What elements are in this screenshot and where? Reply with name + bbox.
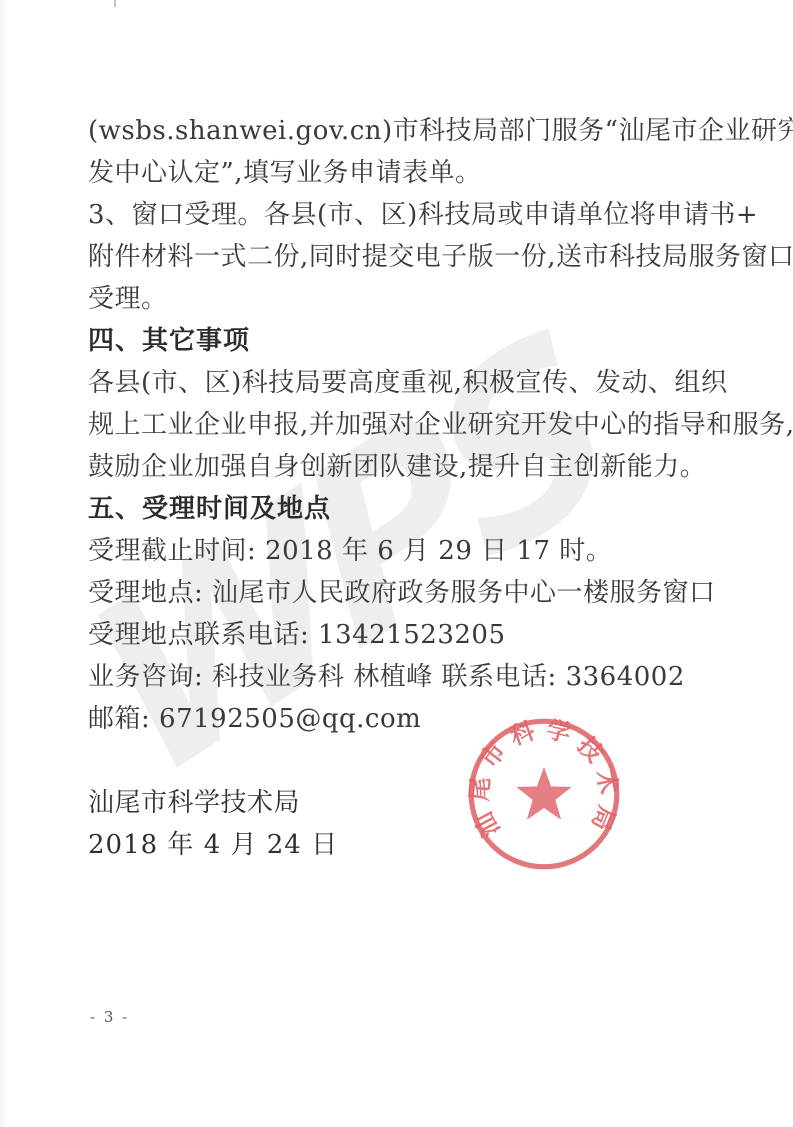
location-phone-line: 受理地点联系电话: 13421523205 <box>88 614 710 656</box>
page-number: - 3 - <box>90 1008 129 1026</box>
spacer <box>88 740 710 782</box>
signature-organization: 汕尾市科学技术局 <box>88 782 710 824</box>
body-line: 附件材料一式二份,同时提交电子版一份,送市科技局服务窗口 <box>88 236 710 278</box>
signature-date: 2018 年 4 月 24 日 <box>88 824 710 866</box>
body-line: 3、窗口受理。各县(市、区)科技局或申请单位将申请书+ <box>88 194 710 236</box>
body-line: 鼓励企业加强自身创新团队建设,提升自主创新能力。 <box>88 446 710 488</box>
scan-artifact <box>114 0 116 7</box>
section-heading-4: 四、其它事项 <box>88 320 710 362</box>
document-page: WPS 汕尾市科学技术局 (wsbs.shanwei.gov.cn)市科技局部门… <box>0 0 793 1127</box>
body-line: 发中心认定”,填写业务申请表单。 <box>88 152 710 194</box>
deadline-line: 受理截止时间: 2018 年 6 月 29 日 17 时。 <box>88 530 710 572</box>
document-body: (wsbs.shanwei.gov.cn)市科技局部门服务“汕尾市企业研究开 发… <box>88 110 710 866</box>
section-heading-5: 五、受理时间及地点 <box>88 488 710 530</box>
location-line: 受理地点: 汕尾市人民政府政务服务中心一楼服务窗口 <box>88 572 710 614</box>
body-line: (wsbs.shanwei.gov.cn)市科技局部门服务“汕尾市企业研究开 <box>88 110 710 152</box>
email-line: 邮箱: 67192505@qq.com <box>88 698 710 740</box>
body-line: 各县(市、区)科技局要高度重视,积极宣传、发动、组织 <box>88 362 710 404</box>
body-line: 规上工业企业申报,并加强对企业研究开发中心的指导和服务, <box>88 404 710 446</box>
consult-line: 业务咨询: 科技业务科 林植峰 联系电话: 3364002 <box>88 656 710 698</box>
body-line: 受理。 <box>88 278 710 320</box>
